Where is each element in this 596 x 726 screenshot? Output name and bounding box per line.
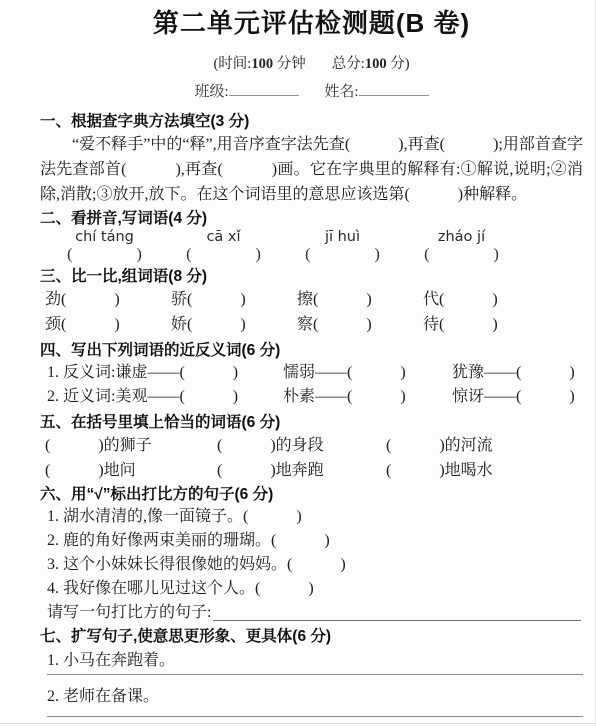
word-pair-row: 颈( ) 娇( ) 察( ) 待( ) [45,312,583,337]
word-pair-cell: 劲( ) [45,287,171,312]
synonym-cell: 惊讶——( ) [452,385,583,409]
write-metaphor-prompt-row: 请写一句打比方的句子: [47,601,583,625]
antonym-cell: 1. 反义词:谦虚——( ) [47,361,283,385]
exam-paper-page: 第二单元评估检测题(B 卷) (时间:100 分钟总分:100 分) 班级: 姓… [0,0,596,726]
fill-word-cell: ( )地奔跑 [217,458,386,483]
pinyin-answer-blank: ( ) [45,246,164,264]
exam-meta: (时间:100 分钟总分:100 分) [40,54,583,74]
word-pair-cell: 察( ) [297,312,423,337]
section-7-expand-sentences: 七、扩写句子,使意思更形象、更具体(6 分) 1. 小马在奔跑着。 2. 老师在… [40,627,583,717]
section-6-heading: 六、用“√”标出打比方的句子(6 分) [40,485,583,505]
pinyin-answer-blank: ( ) [283,246,402,264]
class-label: 班级: [194,84,228,100]
pinyin-item: jī huì ( ) [283,229,402,264]
pinyin-item: chí táng ( ) [45,229,164,264]
page-title: 第二单元评估检测题(B 卷) [40,6,583,40]
section-1-heading: 一、根据查字典方法填空(3 分) [40,112,583,132]
metaphor-answer-line [213,601,581,621]
time-value: 100 [251,56,273,72]
word-pair-cell: 擦( ) [297,287,423,312]
answer-line [47,716,583,717]
synonym-cell: 2. 近义词:美观——( ) [47,385,283,409]
fill-word-cell: ( )的河流 [386,433,583,458]
section-4-heading: 四、写出下列词语的近反义词(6 分) [40,341,583,361]
synonym-row: 2. 近义词:美观——( ) 朴素——( ) 惊讶——( ) [47,385,583,409]
pinyin-answer-blank: ( ) [164,246,283,264]
pinyin-text: cā xǐ [164,229,283,246]
total-unit: 分 [387,56,405,72]
class-blank-line [229,82,299,96]
word-pair-row: 劲( ) 骄( ) 擦( ) 代( ) [45,287,583,312]
name-label: 姓名: [324,84,358,100]
pinyin-answer-blank: ( ) [402,246,521,264]
section-5-fill-words: 五、在括号里填上恰当的词语(6 分) ( )的狮子 ( )的身段 ( )的河流 … [40,413,583,483]
section-3-heading: 三、比一比,组词语(8 分) [40,267,583,287]
word-pair-cell: 待( ) [423,312,549,337]
word-pair-cell: 代( ) [423,287,549,312]
sentence-item: 2. 鹿的角好像两束美丽的珊瑚。( ) [47,529,583,553]
section-4-synonyms-antonyms: 四、写出下列词语的近反义词(6 分) 1. 反义词:谦虚——( ) 懦弱——( … [40,341,583,409]
section-7-heading: 七、扩写句子,使意思更形象、更具体(6 分) [40,627,583,647]
section-2-heading: 二、看拼音,写词语(4 分) [40,209,583,229]
pinyin-text: chí táng [45,229,164,246]
antonym-row: 1. 反义词:谦虚——( ) 懦弱——( ) 犹豫——( ) [47,361,583,385]
name-blank-line [359,82,429,96]
section-1-paragraph: “爱不释手”中的“释”,用音序查字法先查( ),再查( );用部首查字法先查部首… [40,132,583,207]
section-5-heading: 五、在括号里填上恰当的词语(6 分) [40,413,583,433]
answer-line [47,674,583,675]
expand-sentence-item: 1. 小马在奔跑着。 [47,651,583,671]
antonym-cell: 懦弱——( ) [283,361,452,385]
time-unit: 分钟 [273,56,306,72]
fill-word-cell: ( )的身段 [217,433,386,458]
word-pair-cell: 娇( ) [171,312,297,337]
antonym-cell: 犹豫——( ) [452,361,583,385]
section-1-dictionary: 一、根据查字典方法填空(3 分) “爱不释手”中的“释”,用音序查字法先查( )… [40,112,583,207]
sentence-item: 3. 这个小妹妹长得很像她的妈妈。( ) [47,553,583,577]
expand-sentence-item: 2. 老师在备课。 [47,687,583,707]
word-pair-cell: 骄( ) [171,287,297,312]
student-info-line: 班级: 姓名: [40,82,583,102]
pinyin-row: chí táng ( ) cā xǐ ( ) jī huì ( ) zháo j… [45,229,583,264]
sentence-item: 1. 湖水清清的,像一面镜子。( ) [47,505,583,529]
total-label: 总分: [332,56,365,72]
time-label: 时间: [218,56,251,72]
synonym-cell: 朴素——( ) [283,385,452,409]
pinyin-text: jī huì [283,229,402,246]
fill-word-cell: ( )地喝水 [386,458,583,483]
fill-word-row: ( )地问 ( )地奔跑 ( )地喝水 [45,458,583,483]
sentence-item: 4. 我好像在哪儿见过这个人。( ) [47,577,583,601]
section-6-metaphor-sentences: 六、用“√”标出打比方的句子(6 分) 1. 湖水清清的,像一面镜子。( ) 2… [40,485,583,625]
pinyin-text: zháo jí [402,229,521,246]
write-metaphor-prompt: 请写一句打比方的句子: [47,601,211,625]
pinyin-item: zháo jí ( ) [402,229,521,264]
fill-word-row: ( )的狮子 ( )的身段 ( )的河流 [45,433,583,458]
section-2-pinyin: 二、看拼音,写词语(4 分) chí táng ( ) cā xǐ ( ) jī… [40,209,583,264]
section-3-word-pairs: 三、比一比,组词语(8 分) 劲( ) 骄( ) 擦( ) 代( ) 颈( ) … [40,267,583,337]
pinyin-item: cā xǐ ( ) [164,229,283,264]
fill-word-cell: ( )地问 [45,458,217,483]
fill-word-cell: ( )的狮子 [45,433,217,458]
word-pair-cell: 颈( ) [45,312,171,337]
total-value: 100 [365,56,387,72]
meta-close-paren: ) [405,56,410,72]
